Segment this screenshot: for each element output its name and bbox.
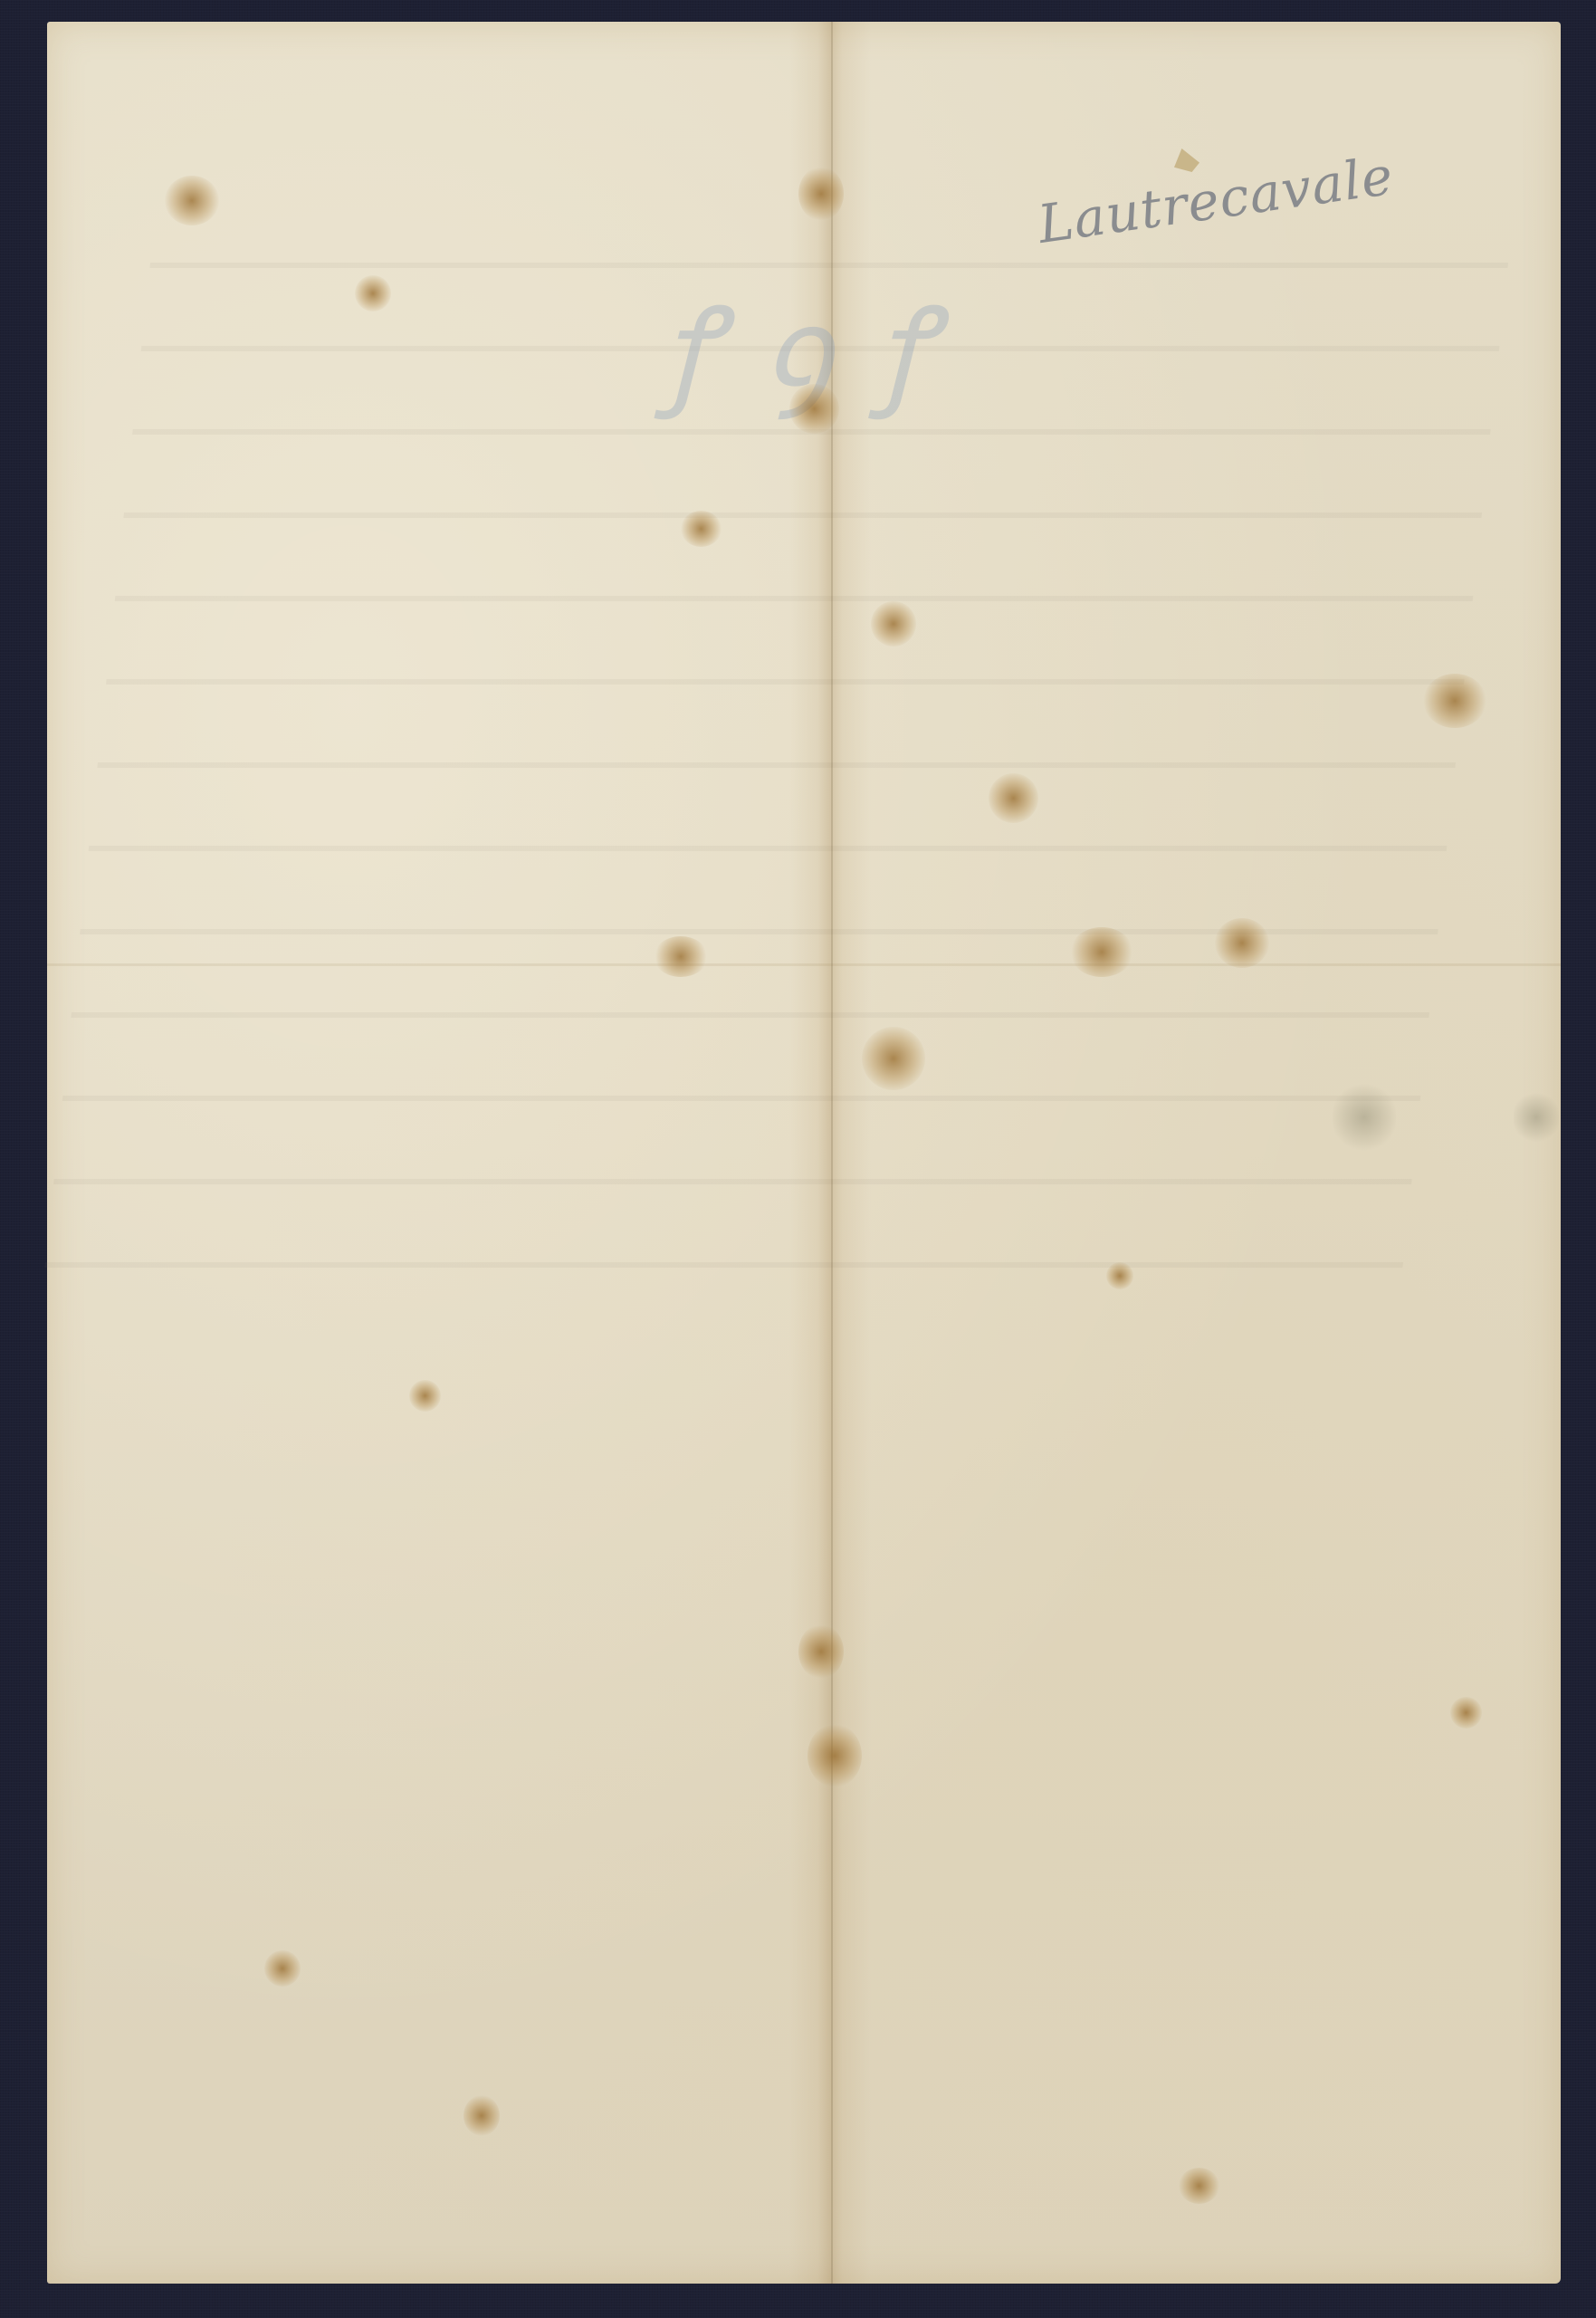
pencil-annotation: Lautrecavale: [1035, 145, 1398, 255]
foxing-spot: [871, 601, 916, 647]
horizontal-fold-line: [47, 963, 1561, 966]
document-page: ꝭ ꝯ ꝭ Lautrecavale: [47, 22, 1561, 2284]
foxing-spot: [798, 167, 844, 221]
foxing-spot: [1450, 1697, 1482, 1729]
foxing-spot: [464, 2095, 500, 2136]
foxing-spot: [798, 1624, 844, 1679]
foxing-spot: [789, 384, 839, 434]
foxing-spot: [1215, 918, 1269, 968]
foxing-spot: [808, 1724, 862, 1787]
grey-stain: [1333, 1081, 1396, 1154]
foxing-spot: [862, 1027, 925, 1090]
foxing-spot: [654, 936, 708, 977]
foxing-spot: [165, 176, 219, 225]
foxing-spot: [989, 773, 1038, 823]
grey-stain: [1514, 1090, 1559, 1145]
foxing-spot: [264, 1950, 301, 1987]
foxing-spot: [355, 275, 391, 311]
foxing-spot: [1179, 2168, 1219, 2204]
foxing-spot: [1423, 674, 1486, 728]
foxing-spot: [681, 511, 722, 547]
paper-tear: [1174, 148, 1199, 172]
foxing-spot: [409, 1380, 441, 1412]
foxing-spot: [1070, 927, 1133, 977]
foxing-spot: [1106, 1262, 1133, 1289]
